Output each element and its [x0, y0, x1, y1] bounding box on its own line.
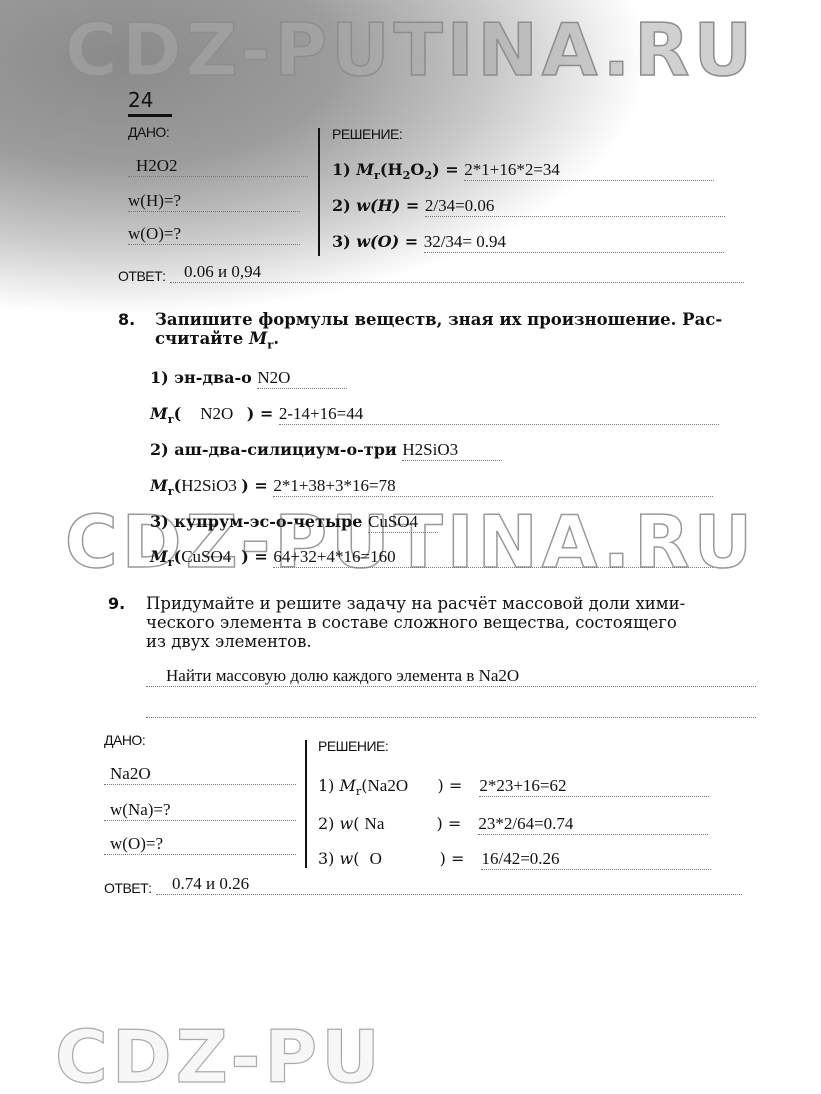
mr-answer: 2-14+16=44	[279, 404, 719, 425]
divider-line	[318, 128, 320, 256]
given-label: ДАНО:	[104, 732, 145, 748]
formula-answer: N2O	[257, 368, 347, 389]
given-item: w(O)=?	[128, 224, 300, 245]
task-text: Придумайте и решите задачу на расчёт мас…	[146, 594, 766, 651]
solution-step: 1) Mr(H2O2) = 2*1+16*2=34	[332, 160, 732, 182]
task-text: Запишите формулы веществ, зная их произн…	[155, 310, 755, 354]
divider-line	[305, 740, 307, 868]
formula-answer: CuSO4	[368, 512, 438, 533]
pronunciation-item: 3) купрум-эс-о-четыре CuSO4	[150, 512, 438, 533]
mr-answer: 2*1+38+3*16=78	[273, 476, 713, 497]
task-number: 9.	[108, 594, 125, 613]
answer-value: 0.06 и 0,94	[170, 262, 744, 283]
solution-label: РЕШЕНИЕ:	[318, 738, 388, 754]
pronunciation-item: 1) эн-два-о N2O	[150, 368, 347, 389]
answer-value: 0.74 и 0.26	[156, 874, 742, 895]
watermark-top: CDZ-PUTINA.RU	[0, 8, 821, 92]
formula-answer: H2SiO3	[402, 440, 502, 461]
given-item: w(H)=?	[128, 191, 300, 212]
watermark-bottom: CDZ-PU	[0, 1015, 384, 1094]
answer-label: ОТВЕТ:	[104, 880, 152, 896]
given-label: ДАНО:	[128, 124, 169, 140]
step-answer: 16/42=0.26	[481, 849, 711, 870]
problem-statement: Найти массовую долю каждого элемента в N…	[146, 666, 756, 687]
solution-step: 1) Mr(Na2O) = 2*23+16=62	[318, 776, 738, 798]
given-item: Na2O	[104, 764, 296, 785]
solution-step: 2) w( Na) = 23*2/64=0.74	[318, 814, 738, 835]
solution-label: РЕШЕНИЕ:	[332, 126, 402, 142]
step-answer: 32/34= 0.94	[424, 232, 724, 253]
step-answer: 2/34=0.06	[425, 196, 725, 217]
step-answer: 23*2/64=0.74	[478, 814, 708, 835]
given-item: w(Na)=?	[104, 800, 296, 821]
solution-step: 3) w( O) = 16/42=0.26	[318, 849, 738, 870]
answer-label: ОТВЕТ:	[118, 268, 166, 284]
mr-answer: 64+32+4*16=160	[273, 547, 713, 568]
pronunciation-item: 2) аш-два-силициум-о-три H2SiO3	[150, 440, 502, 461]
mr-calculation: Mr(H2SiO3) = 2*1+38+3*16=78	[150, 476, 760, 498]
step-answer: 2*1+16*2=34	[464, 160, 714, 181]
mr-calculation: Mr( N2O) = 2-14+16=44	[150, 404, 760, 426]
solution-step: 2) w(H) = 2/34=0.06	[332, 196, 732, 217]
task-number: 8.	[118, 310, 135, 329]
step-answer: 2*23+16=62	[479, 776, 709, 797]
given-item: w(O)=?	[104, 834, 296, 855]
solution-step: 3) w(O) = 32/34= 0.94	[332, 232, 732, 253]
page-number: 24	[128, 86, 172, 117]
mr-calculation: Mr(CuSO4) = 64+32+4*16=160	[150, 547, 760, 569]
blank-line	[146, 716, 756, 718]
given-item: H2O2	[128, 156, 308, 177]
